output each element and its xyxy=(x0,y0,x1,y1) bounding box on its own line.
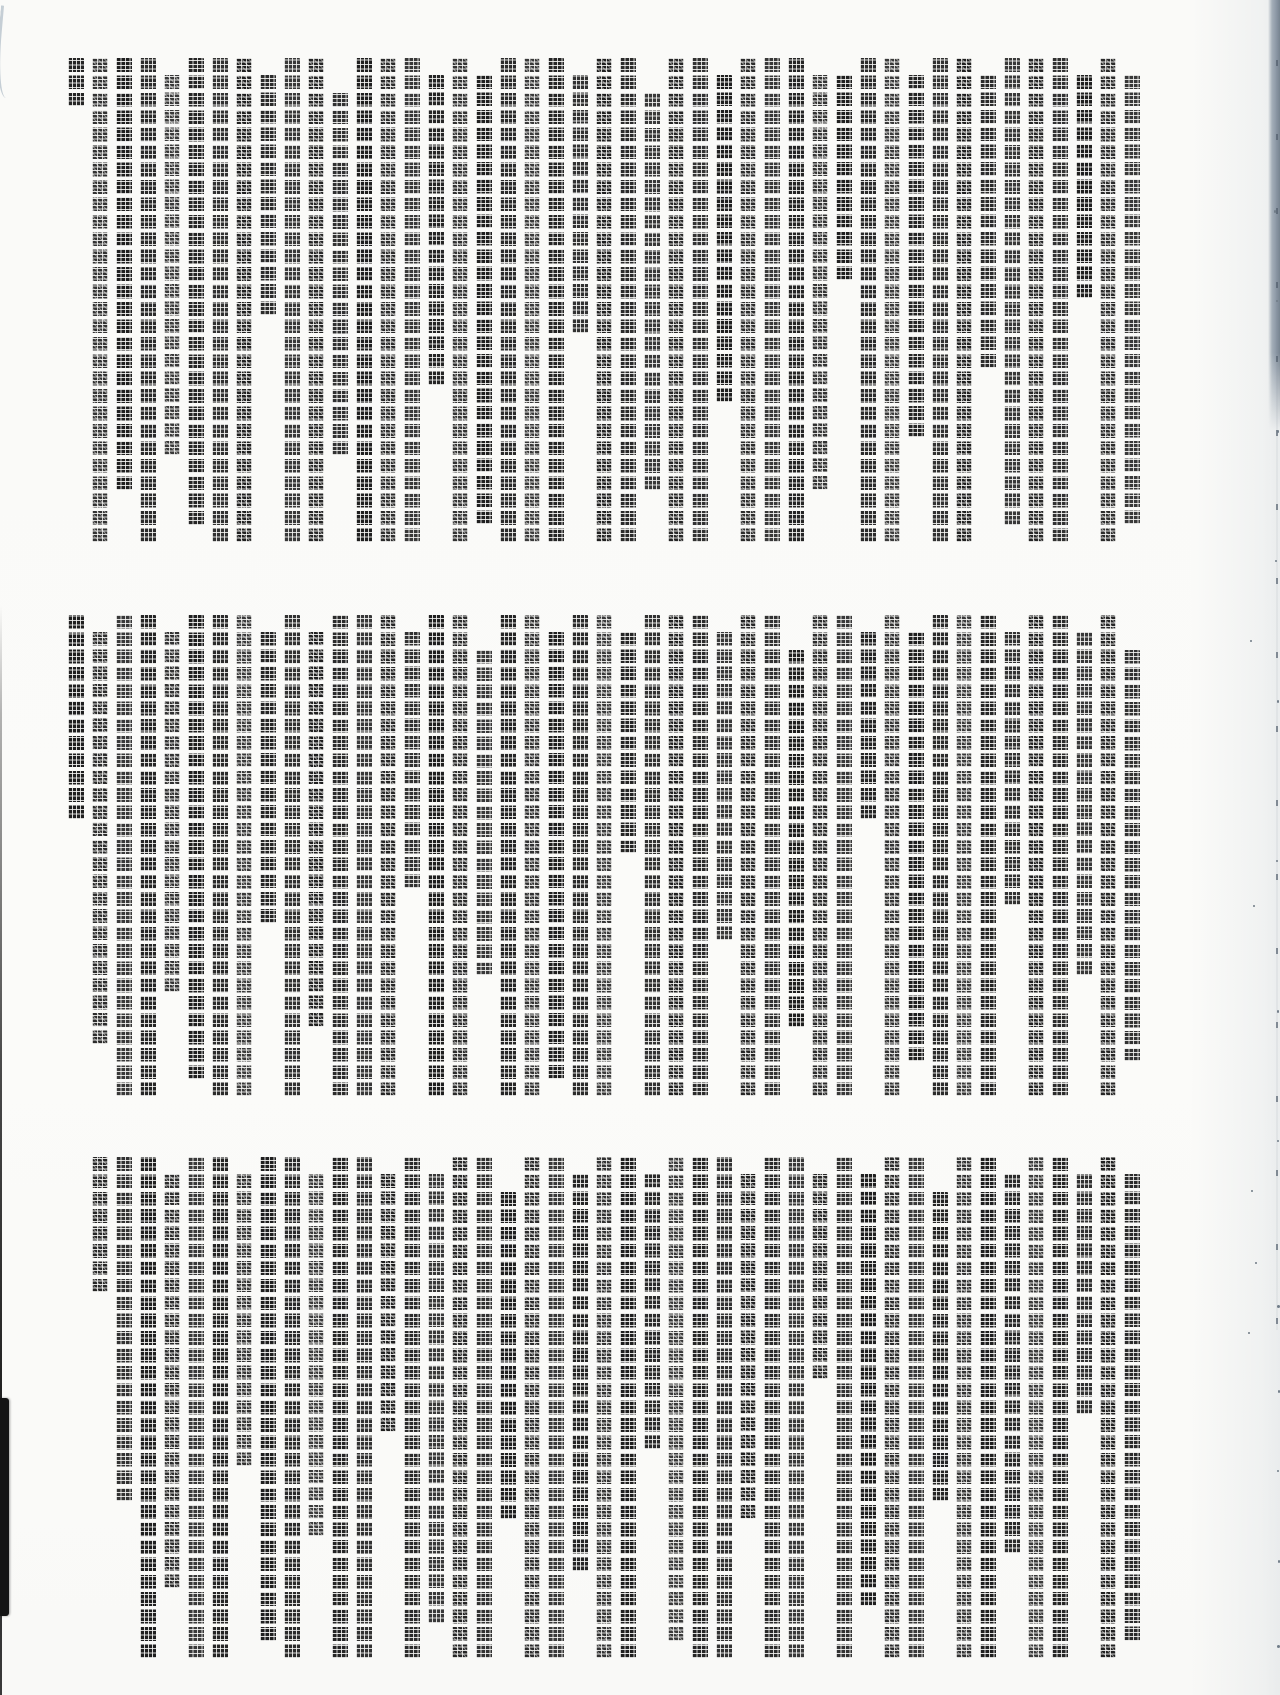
scan-speck xyxy=(1250,640,1252,642)
greeked-text-column xyxy=(956,58,972,542)
greeked-text-column xyxy=(404,58,420,542)
greeked-text-column xyxy=(1028,58,1044,542)
greeked-text-column xyxy=(212,615,228,1096)
greeked-text-column xyxy=(140,615,156,1096)
greeked-text-column xyxy=(260,632,276,923)
greeked-text-column xyxy=(332,93,348,455)
greeked-text-column xyxy=(92,58,108,542)
greeked-text-column xyxy=(908,1157,924,1658)
greeked-text-column xyxy=(212,1157,228,1658)
greeked-text-column xyxy=(644,1174,660,1449)
scan-speck xyxy=(1277,700,1279,703)
greeked-text-column xyxy=(812,1174,828,1379)
greeked-text-column xyxy=(308,58,324,542)
greeked-text-column xyxy=(980,1157,996,1658)
greeked-text-column xyxy=(1124,650,1140,1062)
greeked-text-column xyxy=(1100,1157,1116,1658)
greeked-text-column xyxy=(188,615,204,1079)
greeked-text-column xyxy=(284,58,300,542)
greeked-text-column xyxy=(500,58,516,542)
scan-speck xyxy=(1276,300,1278,302)
greeked-text-column xyxy=(524,58,540,542)
scan-speck xyxy=(1251,1190,1253,1192)
greeked-text-column xyxy=(548,1157,564,1658)
greeked-text-column xyxy=(380,58,396,542)
greeked-text-column xyxy=(428,75,444,385)
greeked-text-column xyxy=(668,58,684,542)
greeked-text-column xyxy=(164,75,180,454)
greeked-text-column xyxy=(1004,632,1020,905)
greeked-text-column xyxy=(260,1157,276,1641)
greeked-text-column xyxy=(620,632,636,853)
greeked-text-column xyxy=(452,615,468,1096)
greeked-text-column xyxy=(428,1174,444,1623)
greeked-text-column xyxy=(740,58,756,542)
greeked-text-column xyxy=(284,615,300,1096)
greeked-text-column xyxy=(716,1157,732,1658)
greeked-text-column xyxy=(788,650,804,1027)
greeked-text-column xyxy=(1076,1174,1092,1414)
scan-speck xyxy=(1277,1470,1279,1472)
greeked-text-column xyxy=(524,1157,540,1658)
scan-speck xyxy=(1275,560,1277,562)
greeked-text-column xyxy=(260,75,276,315)
greeked-text-column xyxy=(572,1174,588,1571)
greeked-text-column xyxy=(332,1157,348,1658)
greeked-text-column xyxy=(548,58,564,542)
greeked-text-column xyxy=(596,1157,612,1658)
scan-speck xyxy=(1277,430,1279,433)
greeked-text-column xyxy=(116,1157,132,1501)
greeked-text-column xyxy=(764,1157,780,1658)
scan-speck xyxy=(1274,210,1276,213)
greeked-text-column xyxy=(404,632,420,888)
greeked-text-column xyxy=(956,1157,972,1658)
scan-speck xyxy=(1248,1332,1250,1334)
greeked-text-column xyxy=(980,615,996,1096)
greeked-text-column xyxy=(212,58,228,542)
greeked-text-column xyxy=(452,1157,468,1658)
greeked-text-column xyxy=(308,1174,324,1536)
greeked-text-column xyxy=(500,615,516,1096)
greeked-text-column xyxy=(1124,1174,1140,1640)
greeked-text-column xyxy=(644,615,660,1096)
greeked-text-column xyxy=(1124,75,1140,524)
greeked-text-column xyxy=(1004,58,1020,525)
greeked-text-column xyxy=(764,58,780,542)
greeked-text-column xyxy=(1052,615,1068,1096)
greeked-text-column xyxy=(740,1174,756,1518)
greeked-text-column xyxy=(692,58,708,542)
greeked-text-column xyxy=(1052,58,1068,542)
greeked-text-column xyxy=(980,75,996,367)
greeked-text-column xyxy=(1076,75,1092,298)
scanned-page: Page of dense vertical Japanese prose fr… xyxy=(0,0,1280,1695)
greeked-text-column xyxy=(1052,1157,1068,1658)
greeked-text-column xyxy=(1028,1157,1044,1658)
greeked-text-column xyxy=(860,58,876,542)
greeked-text-column xyxy=(860,632,876,819)
scan-speck xyxy=(1253,905,1255,907)
greeked-text-column xyxy=(236,1174,252,1466)
greeked-text-column xyxy=(356,58,372,542)
greeked-text-column xyxy=(140,1157,156,1658)
greeked-text-column xyxy=(1100,615,1116,1096)
greeked-text-column xyxy=(428,615,444,1096)
greeked-text-column xyxy=(572,615,588,1096)
greeked-text-column xyxy=(284,1157,300,1658)
greeked-text-column xyxy=(356,1157,372,1658)
greeked-text-column xyxy=(884,1157,900,1658)
greeked-text-column xyxy=(404,1157,420,1658)
greeked-text-column xyxy=(908,75,924,437)
greeked-text-column xyxy=(1100,58,1116,542)
greeked-text-column xyxy=(164,1174,180,1588)
greeked-text-column xyxy=(716,75,732,402)
greeked-text-column xyxy=(716,632,732,940)
greeked-text-column xyxy=(356,615,372,1096)
greeked-text-column xyxy=(452,58,468,542)
scan-speck xyxy=(1276,860,1278,862)
greeked-text-column xyxy=(596,615,612,1096)
greeked-text-column xyxy=(836,1157,852,1658)
greeked-text-column xyxy=(140,58,156,542)
greeked-text-column xyxy=(116,615,132,1096)
greeked-text-column xyxy=(764,615,780,1096)
text-band-bottom xyxy=(84,1157,1140,1662)
greeked-text-column xyxy=(116,58,132,490)
greeked-text-column xyxy=(1004,1174,1020,1553)
greeked-text-column xyxy=(476,650,492,975)
greeked-text-column xyxy=(932,615,948,1096)
greeked-text-column xyxy=(620,1157,636,1658)
left-scan-black-bar xyxy=(0,1398,9,1616)
greeked-text-column xyxy=(500,1192,516,1519)
right-page-edge-shadow xyxy=(1268,0,1280,430)
greeked-text-column xyxy=(308,632,324,1026)
greeked-text-column xyxy=(836,75,852,280)
greeked-text-column xyxy=(740,615,756,1096)
greeked-text-column xyxy=(668,1157,684,1641)
text-band-top xyxy=(55,58,1140,546)
greeked-text-column xyxy=(860,1174,876,1605)
greeked-text-column xyxy=(380,615,396,1096)
greeked-text-column xyxy=(236,615,252,1096)
greeked-text-column xyxy=(932,1192,948,1501)
greeked-text-column xyxy=(380,1174,396,1431)
greeked-text-column xyxy=(92,1157,108,1292)
greeked-text-column xyxy=(1076,632,1092,974)
greeked-text-column xyxy=(236,58,252,542)
greeked-text-column xyxy=(884,58,900,542)
greeked-text-column xyxy=(188,1157,204,1658)
greeked-text-column xyxy=(788,1157,804,1658)
greeked-text-column xyxy=(668,615,684,1096)
greeked-text-column xyxy=(548,632,564,1078)
greeked-text-column xyxy=(476,1157,492,1658)
greeked-text-column xyxy=(788,58,804,542)
greeked-text-column xyxy=(332,615,348,1096)
text-band-middle xyxy=(55,615,1140,1100)
greeked-text-column xyxy=(932,58,948,542)
greeked-text-column xyxy=(620,58,636,542)
top-left-page-curl xyxy=(0,5,20,98)
greeked-text-column xyxy=(692,1157,708,1658)
greeked-text-column xyxy=(188,58,204,525)
greeked-text-column xyxy=(692,615,708,1096)
greeked-text-column xyxy=(812,75,828,489)
greeked-text-column xyxy=(92,632,108,1044)
greeked-text-column xyxy=(596,58,612,542)
greeked-text-column xyxy=(572,75,588,332)
greeked-text-column xyxy=(1028,615,1044,1096)
scan-speck xyxy=(1277,1140,1279,1142)
greeked-text-column xyxy=(524,615,540,1096)
greeked-text-column xyxy=(164,632,180,992)
greeked-text-column xyxy=(476,75,492,524)
greeked-text-column xyxy=(644,93,660,490)
greeked-text-column xyxy=(884,615,900,1096)
scan-speck xyxy=(1255,1262,1257,1264)
greeked-text-column xyxy=(812,615,828,1096)
greeked-text-column xyxy=(956,615,972,1096)
greeked-text-column xyxy=(68,615,84,819)
greeked-text-column xyxy=(68,58,84,106)
greeked-text-column xyxy=(908,632,924,1061)
scan-speck xyxy=(1277,1010,1279,1013)
greeked-text-column xyxy=(836,615,852,1096)
